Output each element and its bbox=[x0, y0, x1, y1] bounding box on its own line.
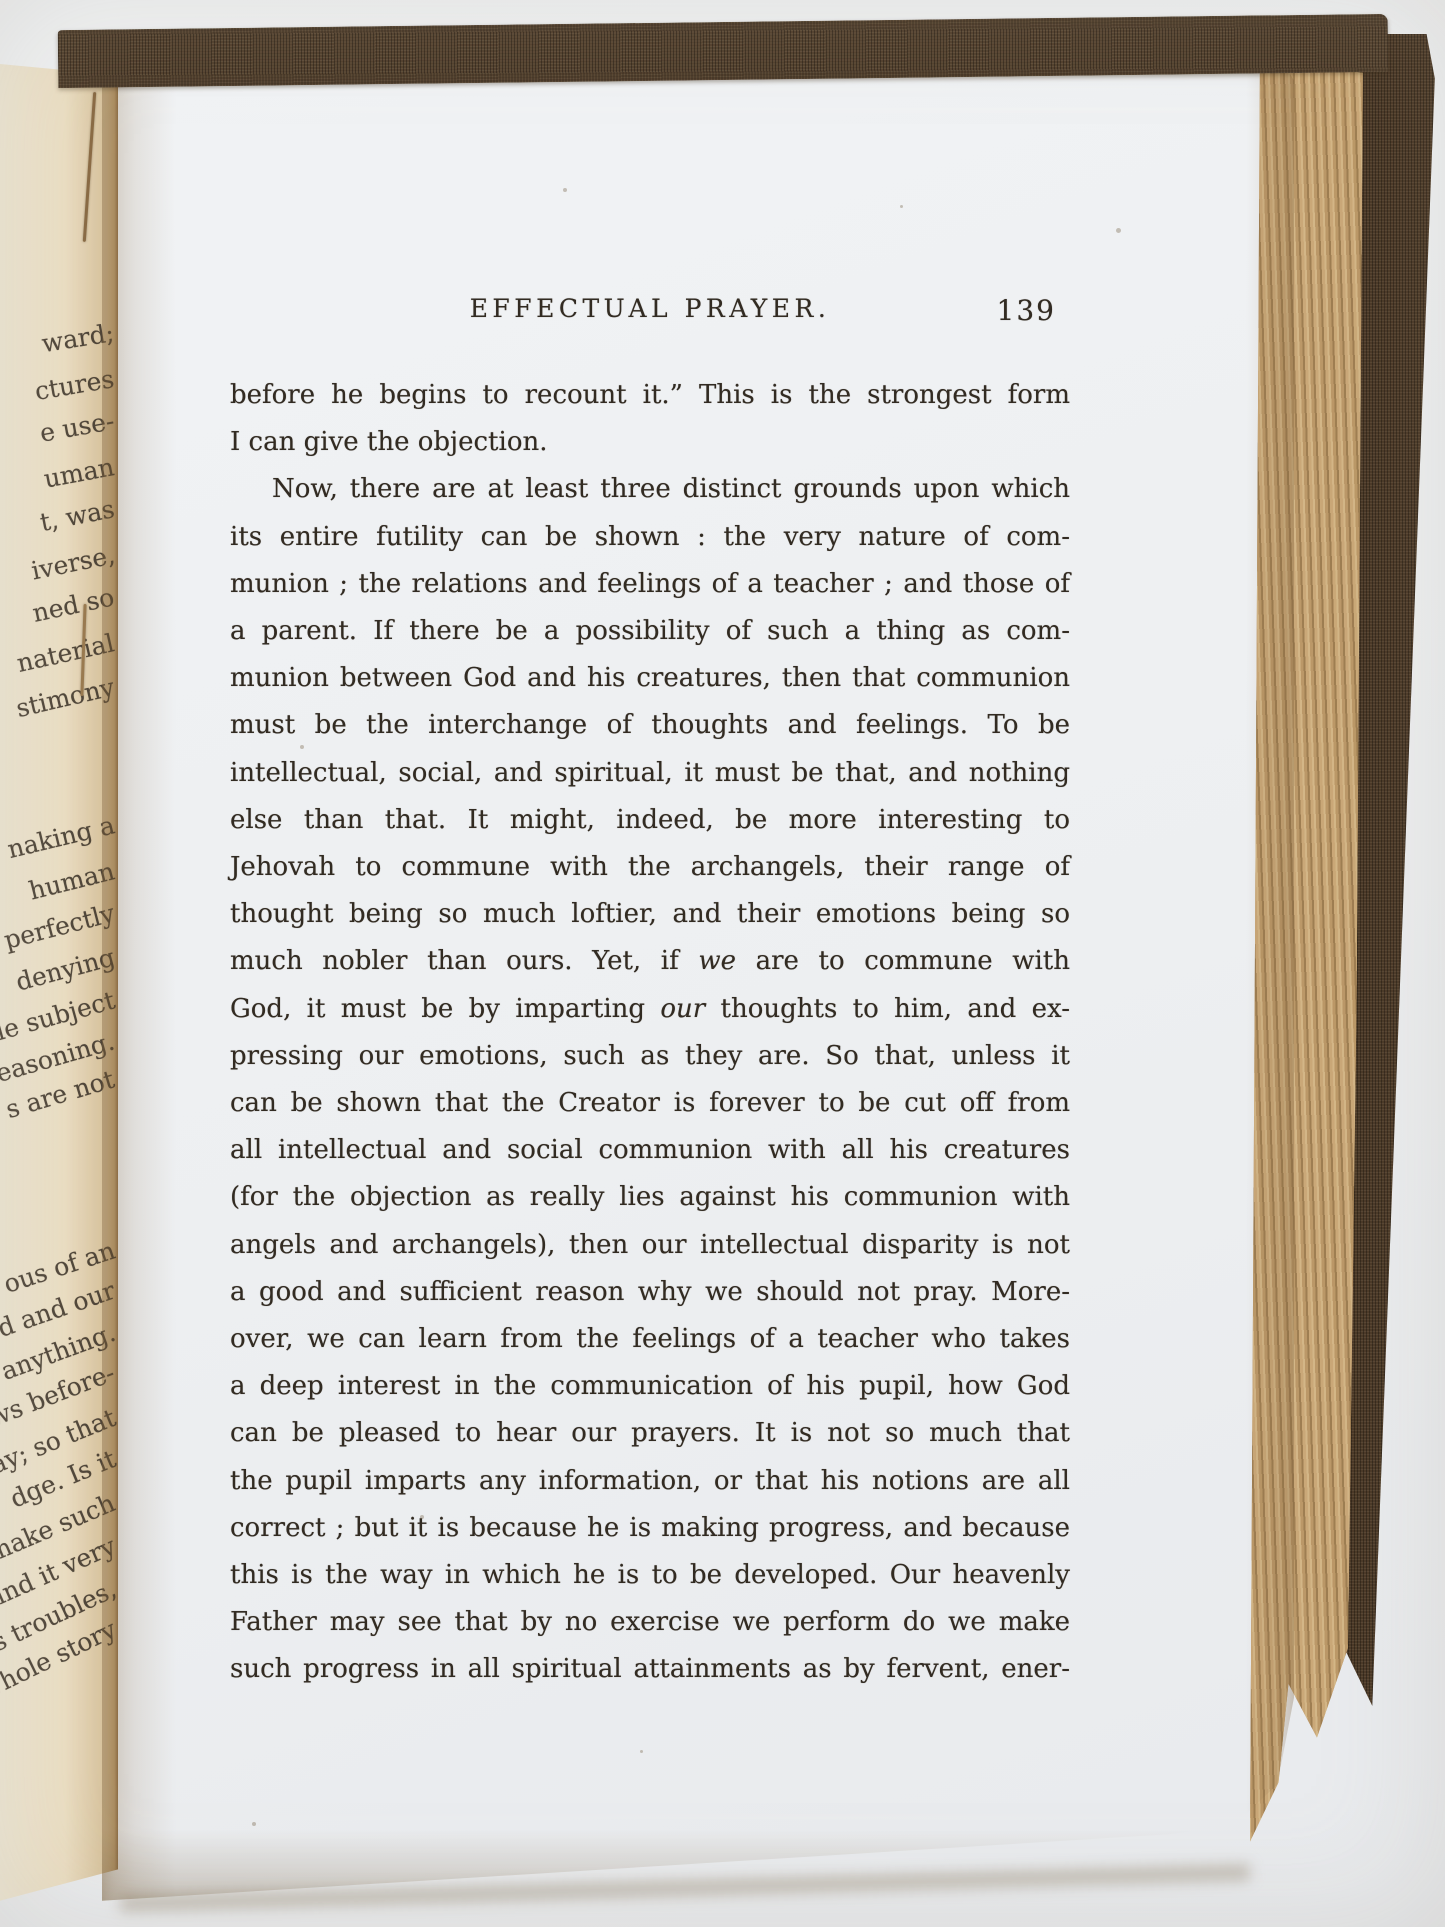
text-line: all intellectual and social communion wi… bbox=[230, 1127, 1070, 1174]
page-number: 139 bbox=[997, 294, 1056, 327]
text-line: angels and archangels), then our intelle… bbox=[230, 1222, 1070, 1269]
facing-page-fragment: naterial bbox=[14, 628, 117, 678]
text-line: this is the way in which he is to be dev… bbox=[230, 1552, 1070, 1599]
text-line: intellectual, social, and spiritual, it … bbox=[230, 750, 1070, 797]
text-line: correct ; but it is because he is making… bbox=[230, 1505, 1070, 1552]
text-line: I can give the objection. bbox=[230, 419, 1070, 466]
text-line: pressing our emotions, such as they are.… bbox=[230, 1033, 1070, 1080]
foxing-spot bbox=[252, 1822, 256, 1826]
foxing-spot bbox=[1116, 228, 1121, 233]
text-line: its entire futility can be shown : the v… bbox=[230, 514, 1070, 561]
facing-page-fragment: stimony bbox=[13, 672, 117, 723]
text-line: a parent. If there be a possibility of s… bbox=[230, 608, 1070, 655]
text-line: much nobler than ours. Yet, if we are to… bbox=[230, 938, 1070, 985]
text-line: munion ; the relations and feelings of a… bbox=[230, 561, 1070, 608]
foxing-spot bbox=[905, 630, 908, 633]
facing-page-fragment: naking a bbox=[5, 810, 118, 864]
text-line: such progress in all spiritual attainmen… bbox=[230, 1646, 1070, 1693]
body-text: before he begins to recount it.” This is… bbox=[230, 372, 1070, 1694]
text-line: God, it must be by imparting our thought… bbox=[230, 986, 1070, 1033]
text-line: munion between God and his creatures, th… bbox=[230, 655, 1070, 702]
text-line: can be shown that the Creator is forever… bbox=[230, 1080, 1070, 1127]
foxing-spot bbox=[420, 1515, 424, 1519]
foxing-spot bbox=[563, 188, 567, 192]
text-line: the pupil imparts any information, or th… bbox=[230, 1458, 1070, 1505]
foxing-spot bbox=[900, 205, 903, 208]
running-header: EFFECTUAL PRAYER. 139 bbox=[230, 294, 1070, 336]
foxing-spot bbox=[640, 1750, 643, 1753]
foxing-spot bbox=[1013, 1108, 1016, 1111]
text-line: can be pleased to hear our prayers. It i… bbox=[230, 1410, 1070, 1457]
book-page: EFFECTUAL PRAYER. 139 before he begins t… bbox=[102, 62, 1294, 1910]
text-line: over, we can learn from the feelings of … bbox=[230, 1316, 1070, 1363]
text-line: Now, there are at least three distinct g… bbox=[230, 466, 1070, 513]
text-line: must be the interchange of thoughts and … bbox=[230, 702, 1070, 749]
text-line: else than that. It might, indeed, be mor… bbox=[230, 797, 1070, 844]
binding-thread bbox=[83, 92, 96, 242]
running-header-title: EFFECTUAL PRAYER. bbox=[230, 294, 1070, 323]
text-line: Father may see that by no exercise we pe… bbox=[230, 1599, 1070, 1646]
facing-page-strip: ward;cturese use-umant, wasiverse,ned so… bbox=[0, 64, 118, 1910]
text-line: a good and sufficient reason why we shou… bbox=[230, 1269, 1070, 1316]
text-line: Jehovah to commune with the archangels, … bbox=[230, 844, 1070, 891]
text-line: thought being so much loftier, and their… bbox=[230, 891, 1070, 938]
foxing-spot bbox=[300, 745, 304, 749]
text-line: (for the objection as really lies agains… bbox=[230, 1174, 1070, 1221]
text-line: before he begins to recount it.” This is… bbox=[230, 372, 1070, 419]
photo-backdrop: ward;cturese use-umant, wasiverse,ned so… bbox=[0, 0, 1445, 1927]
text-line: a deep interest in the communication of … bbox=[230, 1363, 1070, 1410]
